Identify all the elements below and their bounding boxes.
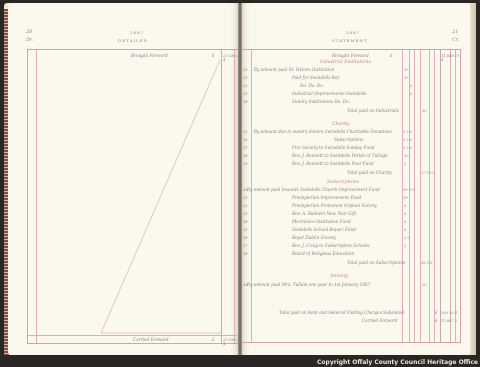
book-right-edge: [470, 3, 476, 355]
ledger-row-amount: 5: [410, 92, 412, 96]
row-number: 37: [243, 244, 248, 248]
row-number: 29: [243, 162, 248, 166]
left-page: 20 Dr. 1887 DETAILED Brought Forward £ 2…: [8, 3, 238, 355]
section-title-industrial: Industrial Institutions: [320, 60, 371, 65]
right-ruled-table: Brought Forward £ 11,646 15 4 Industrial…: [242, 49, 461, 343]
ledger-row-amount: 2: [404, 244, 406, 248]
ledger-row-text: Rev. J. Bennett to Swindells Poor Fund: [292, 161, 374, 166]
ledger-row-amount: 10: [404, 76, 409, 80]
left-brought-forward-label: Brought Forward: [131, 53, 168, 58]
right-folio-sub: Cr.: [452, 37, 459, 43]
section-title-subscriptions: Subscriptions: [327, 180, 359, 185]
ledger-row-text: Rev. A. Baldwin New Year Gift: [292, 211, 356, 216]
row-number: 33: [243, 212, 248, 216]
row-number: 34: [243, 220, 248, 224]
left-brought-forward-currency: £: [212, 53, 215, 58]
ledger-row-text: Fire Society to Swindells Sunday Fund: [292, 145, 374, 150]
ledger-row-text: By amount paid towards Swindells Church …: [247, 187, 380, 192]
row-number: 31: [243, 196, 248, 200]
ledger-row-amount: 2 2: [404, 236, 410, 240]
right-page: 1887 STATEMENT 21 Cr. Brought Forward £ …: [242, 3, 470, 355]
grand-total-amount: 200 10 4: [441, 311, 457, 315]
row-number: 35: [243, 228, 248, 232]
ledger-row-amount: 2: [404, 162, 406, 166]
row-number: 32: [243, 204, 248, 208]
right-brought-forward-amount: 11,646 15 4: [441, 54, 460, 62]
ledger-row-amount: 10: [404, 154, 409, 158]
left-folio-number: 20: [26, 29, 32, 35]
ledger-row-text: Do. Do. Do.: [300, 83, 324, 88]
row-number: 26: [243, 138, 248, 142]
ledger-row-text: Swindells School Repair Fund: [292, 227, 356, 232]
copyright-watermark: Copyright Offaly County Council Heritage…: [317, 359, 478, 366]
grand-total-label: Total paid on Rent and General Visiting …: [279, 310, 404, 315]
section-title-charity: Charity: [332, 122, 349, 127]
ledger-row-text: Industrial Improvements Swindells: [292, 91, 367, 96]
row-number: 28: [243, 154, 248, 158]
ledger-row-amount: 20: [422, 283, 427, 287]
ledger-row-amount: 5: [404, 204, 406, 208]
row-number: 20: [243, 68, 248, 72]
ledger-book: 20 Dr. 1887 DETAILED Brought Forward £ 2…: [4, 3, 476, 355]
ledger-row-amount: 10: [404, 68, 409, 72]
row-number: 21: [243, 76, 248, 80]
cancel-diagonal-line: [28, 50, 239, 343]
row-number: 24: [243, 100, 248, 104]
ledger-row-amount: 5: [404, 220, 406, 224]
row-number: 27: [243, 146, 248, 150]
left-brought-forward-amount: 23,530 4 4: [223, 54, 239, 62]
section-total-amount: 27 15 0: [421, 171, 435, 175]
left-year: 1887: [130, 30, 144, 35]
ledger-row-text: Presbyterian Protestant Orphan Society: [292, 203, 377, 208]
right-carried-forward-currency: £: [435, 318, 438, 323]
right-folio-number: 21: [452, 29, 458, 35]
grand-total-currency: £: [435, 310, 438, 315]
row-number: 22: [243, 84, 248, 88]
ledger-row-text: Presbyterian Improvement Fund: [292, 195, 361, 200]
section-total-label: Total paid on Charity: [347, 170, 392, 175]
section-title-annuity: Annuity: [330, 274, 348, 279]
ledger-row-text: By amount due to sundry donors Swindells…: [254, 129, 392, 134]
ledger-row-text: Board of Religious Education: [292, 251, 354, 256]
ledger-row-text: By amount paid Mrs. Tullam one year to 1…: [247, 282, 370, 287]
left-carried-forward-currency: £: [212, 337, 215, 342]
ledger-row-amount: 5 5 0: [403, 130, 412, 134]
row-number: 23: [243, 92, 248, 96]
ledger-row-text: By amount paid St. Helens Institution: [254, 67, 334, 72]
ledger-row-amount: 20: [403, 196, 408, 200]
left-folio-sub: Dr.: [26, 37, 33, 43]
ledger-row-text: Subscriptions: [334, 137, 363, 142]
ledger-row-amount: 5 5 0: [403, 146, 412, 150]
ledger-row-amount: 5: [404, 228, 406, 232]
left-heading: DETAILED: [118, 38, 148, 43]
ledger-row-text: Sundry Institutions Do. Do.: [292, 99, 350, 104]
ledger-row-text: Rev. J. Bennett to Swindells Parish of T…: [292, 153, 388, 158]
left-carried-forward-label: Carried Forward: [133, 337, 169, 342]
right-carried-forward-label: Carried Forward: [362, 318, 398, 323]
ledger-row-amount: 5: [404, 212, 406, 216]
ledger-row-text: Rev. J. Craig to Subscription Schools: [292, 243, 370, 248]
ledger-row-text: Royal Dublin Society: [292, 235, 336, 240]
ledger-row-text: Paid for Swindells Ref.: [292, 75, 340, 80]
left-ruled-table: Brought Forward £ 23,530 4 4 Carried For…: [27, 49, 240, 344]
ledger-row-amount: 5 5 0: [403, 138, 412, 142]
left-carried-forward-amount: 23,530 4 4: [223, 338, 239, 346]
right-heading: STATEMENT: [332, 38, 368, 43]
row-number: 25: [243, 130, 248, 134]
right-year: 1887: [346, 30, 360, 35]
section-total-amount: 30: [422, 109, 427, 113]
section-total-label: Total paid on Subscriptions: [347, 260, 405, 265]
right-brought-forward-currency: £: [390, 53, 393, 58]
right-carried-forward-amount: 11,847 5: [441, 319, 457, 323]
ledger-row-amount: 50 0 0: [403, 188, 414, 192]
section-total-amount: 99 2 0: [421, 261, 432, 265]
section-total-label: Total paid on Industrials: [347, 108, 399, 113]
ledger-row-text: Mechanics Institution Fund: [292, 219, 351, 224]
ledger-row-amount: 5: [410, 84, 412, 88]
right-brought-forward-label: Brought Forward: [332, 53, 369, 58]
row-number: 36: [243, 236, 248, 240]
row-number: 38: [243, 252, 248, 256]
